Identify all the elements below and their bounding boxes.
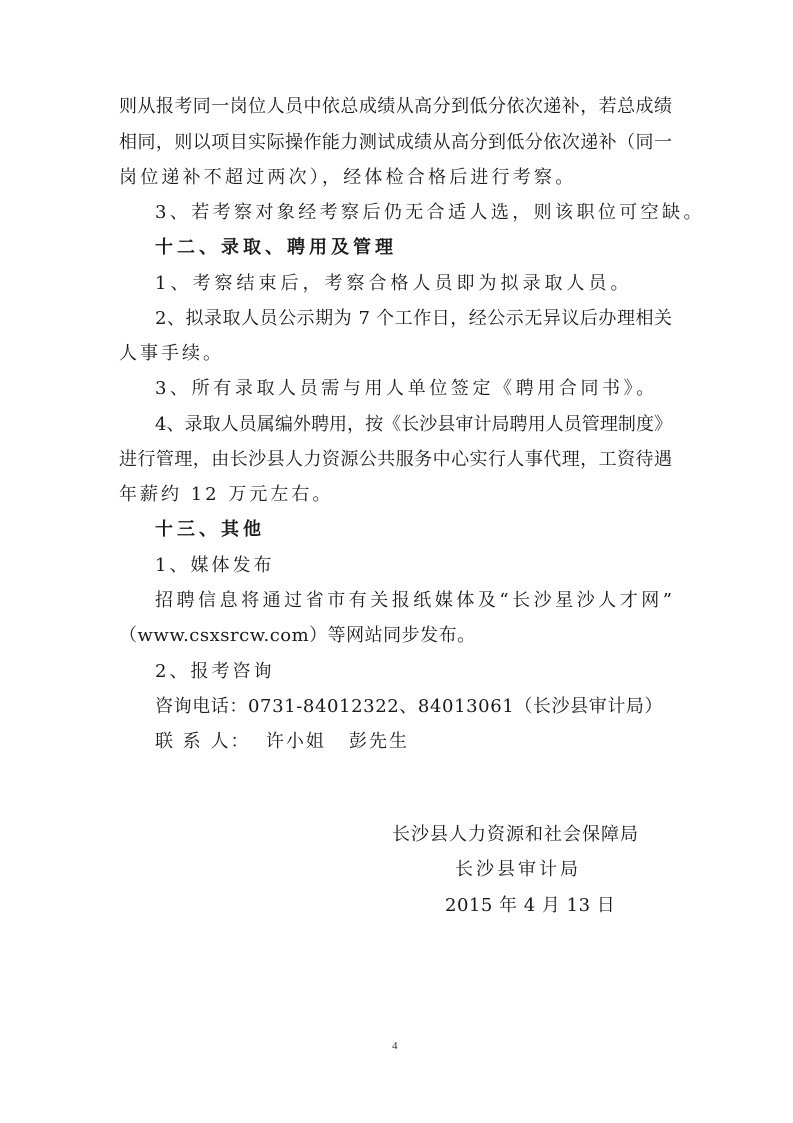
paragraph-line: 岗位递补不超过两次），经体检合格后进行考察。 [119,166,672,190]
section-heading-12: 十二、录取、聘用及管理 [155,236,672,260]
section13-sub1: 1、媒体发布 [155,554,672,578]
section12-item4-line1: 4、录取人员属编外聘用，按《长沙县审计局聘用人员管理制度》 [155,413,672,437]
contact-phone: 咨询电话：0731-84012322、84013061（长沙县审计局） [155,695,672,719]
section12-item2-line2: 人事手续。 [119,342,672,366]
section12-item1: 1、考察结束后，考察合格人员即为拟录取人员。 [155,272,672,296]
signature-org1: 长沙县人力资源和社会保障局 [392,823,639,847]
section-heading-13: 十三、其他 [155,518,672,542]
section12-item2-line1: 2、拟录取人员公示期为 7 个工作日，经公示无异议后办理相关 [155,307,672,331]
page-number: 4 [392,1040,398,1052]
signature-org2: 长沙县审计局 [455,858,581,882]
section12-item3: 3、所有录取人员需与用人单位签定《聘用合同书》。 [155,377,672,401]
section13-sub2: 2、报考咨询 [155,660,672,684]
section12-item4-line2: 进行管理，由长沙县人力资源公共服务中心实行人事代理，工资待遇 [119,448,672,472]
section12-item4-line3: 年薪约 12 万元左右。 [119,483,672,507]
paragraph-line: 3、若考察对象经考察后仍无合适人选，则该职位可空缺。 [155,201,672,225]
paragraph-line: 相同，则以项目实际操作能力测试成绩从高分到低分依次递补（同一 [119,131,672,155]
document-page: 则从报考同一岗位人员中依总成绩从高分到低分依次递补，若总成绩 相同，则以项目实际… [0,0,793,1123]
signature-date: 2015 年 4 月 13 日 [445,894,615,918]
section13-sub1-text-line1: 招聘信息将通过省市有关报纸媒体及“长沙星沙人才网” [155,589,672,613]
contact-persons: 联 系 人： 许小姐 彭先生 [155,730,672,754]
section13-sub1-text-line2: （www.csxsrcw.com）等网站同步发布。 [119,624,672,648]
paragraph-line: 则从报考同一岗位人员中依总成绩从高分到低分依次递补，若总成绩 [119,95,672,119]
